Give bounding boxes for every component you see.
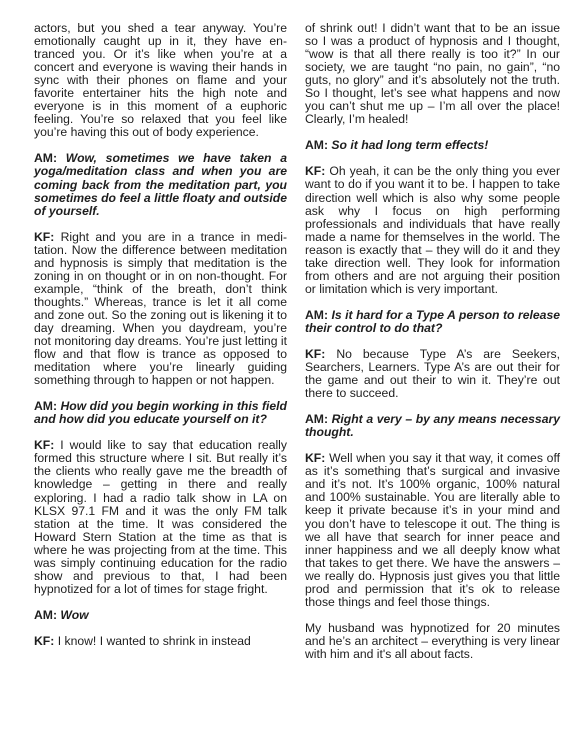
answer-text: Well when you say it that way, it comes … bbox=[305, 451, 560, 609]
answer-paragraph: actors, but you shed a tear anyway. You’… bbox=[34, 22, 287, 139]
paragraph-text: actors, but you shed a tear anyway. You’… bbox=[34, 21, 287, 139]
question-paragraph: AM: How did you begin working in this fi… bbox=[34, 400, 287, 426]
speaker-label: AM: bbox=[34, 608, 57, 622]
answer-text: I would like to say that education re­al… bbox=[34, 438, 287, 596]
question-text: Wow, sometimes we have taken a yoga/medi… bbox=[34, 151, 287, 217]
speaker-label: AM: bbox=[305, 412, 328, 426]
answer-paragraph: of shrink out! I didn’t want that to be … bbox=[305, 22, 560, 126]
speaker-label: AM: bbox=[34, 399, 57, 413]
question-text: How did you begin working in this field … bbox=[34, 399, 287, 426]
speaker-label: AM: bbox=[34, 151, 57, 165]
question-paragraph: AM: So it had long term effects! bbox=[305, 139, 560, 152]
speaker-label: KF: bbox=[305, 451, 325, 465]
speaker-label: KF: bbox=[34, 634, 54, 648]
answer-paragraph: KF: Right and you are in a trance in med… bbox=[34, 231, 287, 388]
answer-text: Oh yeah, it can be the only thing you ev… bbox=[305, 164, 560, 295]
interview-page: actors, but you shed a tear anyway. You’… bbox=[0, 0, 576, 746]
right-column: of shrink out! I didn’t want that to be … bbox=[305, 22, 560, 674]
answer-paragraph: KF: No because Type A’s are Seekers, Sea… bbox=[305, 348, 560, 400]
question-text: So it had long term effects! bbox=[331, 138, 488, 152]
answer-text: Right and you are in a trance in medi­ta… bbox=[34, 230, 287, 388]
speaker-label: KF: bbox=[305, 347, 325, 361]
paragraph-text: of shrink out! I didn’t want that to be … bbox=[305, 21, 560, 126]
speaker-label: KF: bbox=[34, 230, 54, 244]
question-text: Is it hard for a Type A person to re­lea… bbox=[305, 308, 560, 335]
answer-paragraph: KF: Well when you say it that way, it co… bbox=[305, 452, 560, 609]
speaker-label: AM: bbox=[305, 138, 328, 152]
question-paragraph: AM: Is it hard for a Type A person to re… bbox=[305, 309, 560, 335]
answer-text: I know! I wanted to shrink in instead bbox=[58, 634, 251, 648]
paragraph-text: My husband was hypnotized for 20 min­ute… bbox=[305, 621, 560, 661]
speaker-label: KF: bbox=[305, 164, 325, 178]
answer-paragraph: KF: I would like to say that education r… bbox=[34, 439, 287, 596]
question-text: Right a very – by any means necessary th… bbox=[305, 412, 560, 439]
left-column: actors, but you shed a tear anyway. You’… bbox=[34, 22, 287, 661]
question-paragraph: AM: Wow, sometimes we have taken a yoga/… bbox=[34, 152, 287, 217]
question-text: Wow bbox=[60, 608, 88, 622]
answer-paragraph: KF: I know! I wanted to shrink in instea… bbox=[34, 635, 287, 648]
answer-paragraph: KF: Oh yeah, it can be the only thing yo… bbox=[305, 165, 560, 295]
speaker-label: KF: bbox=[34, 438, 54, 452]
answer-text: No because Type A’s are Seekers, Searche… bbox=[305, 347, 560, 400]
answer-paragraph: My husband was hypnotized for 20 min­ute… bbox=[305, 622, 560, 661]
speaker-label: AM: bbox=[305, 308, 328, 322]
question-paragraph: AM: Wow bbox=[34, 609, 287, 622]
question-paragraph: AM: Right a very – by any means necessar… bbox=[305, 413, 560, 439]
